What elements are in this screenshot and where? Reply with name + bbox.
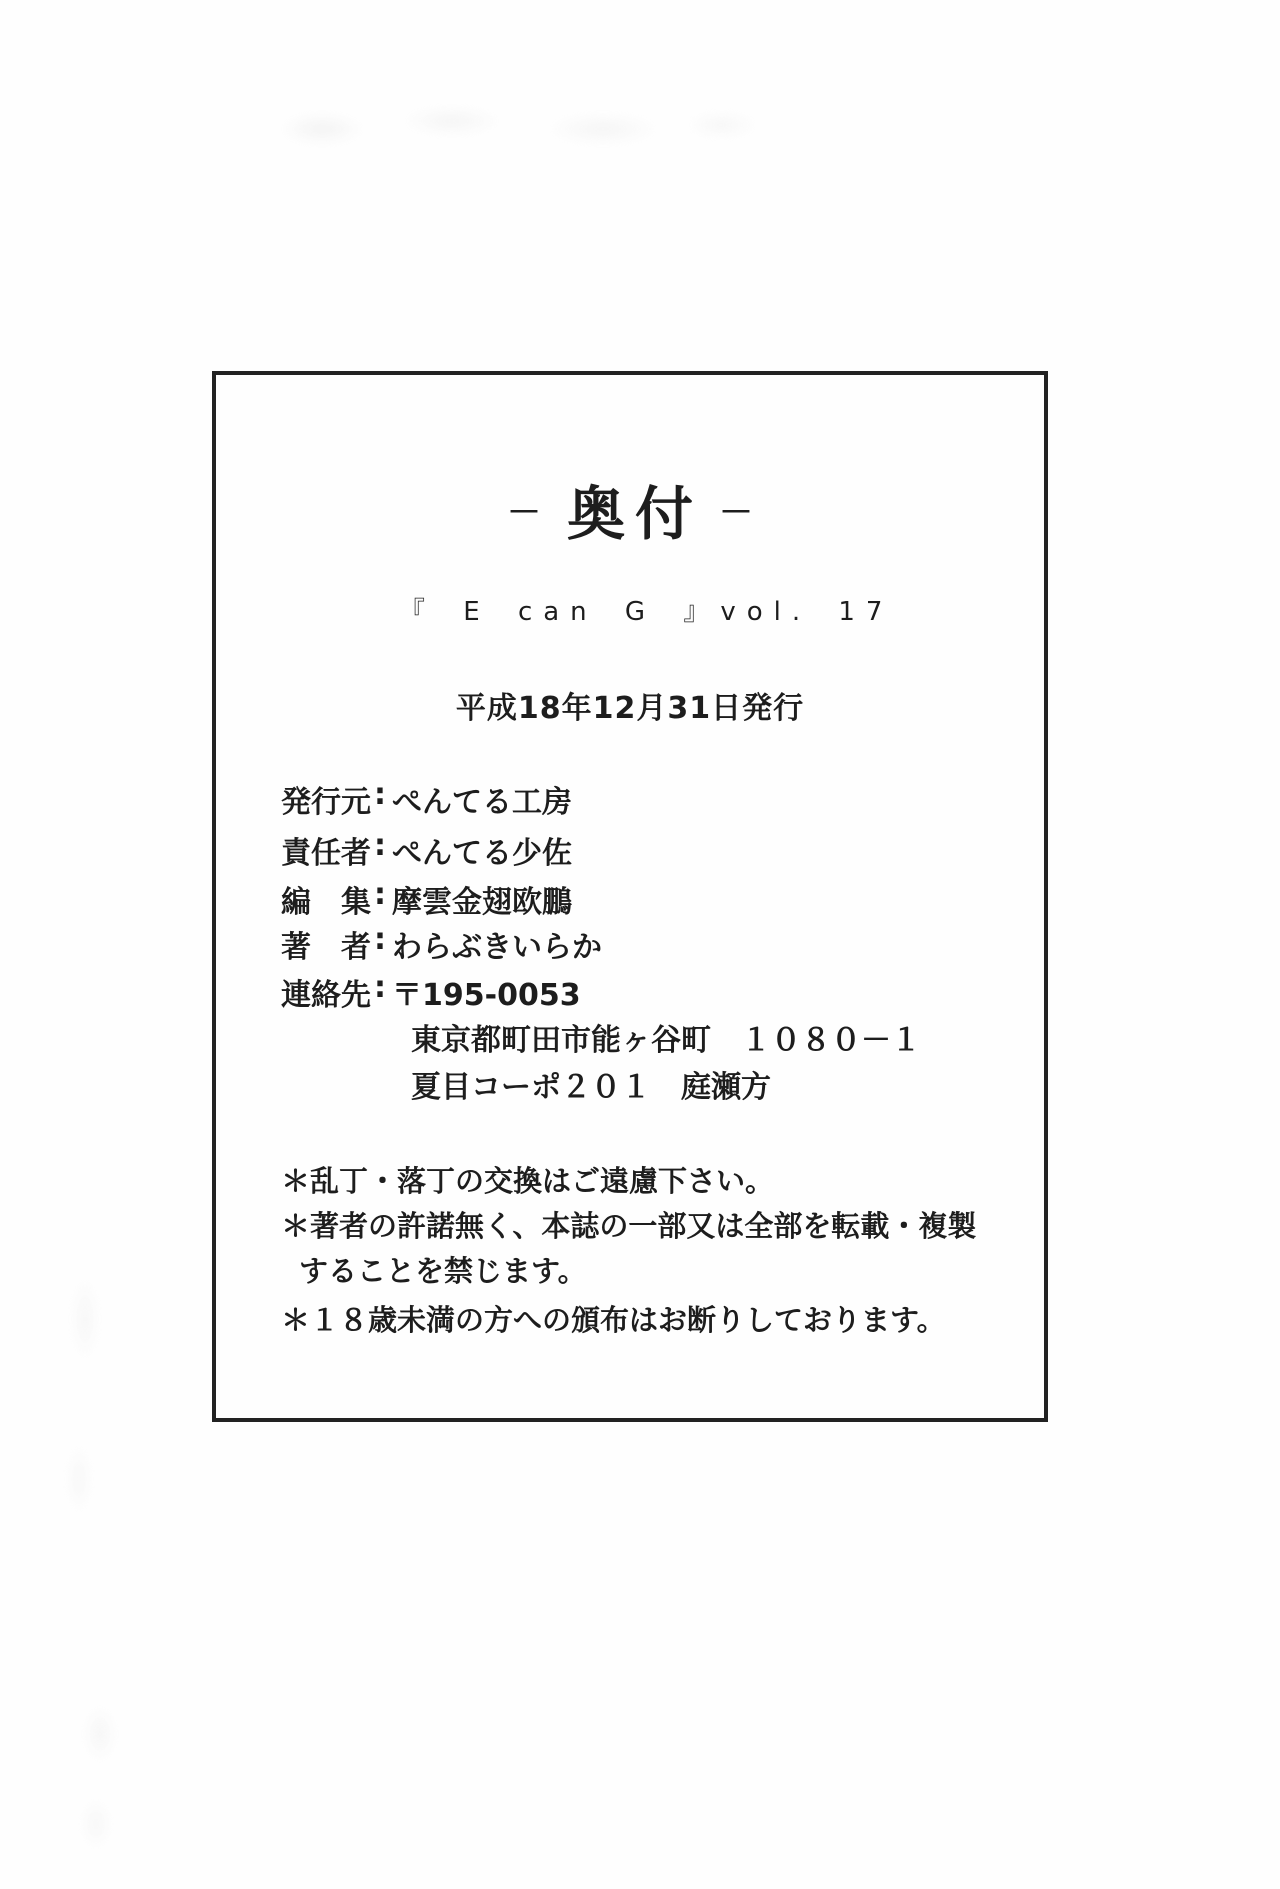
field-value: ぺんてる少佐 (392, 828, 572, 872)
note-age-restriction: ＊１８歳未満の方への頒布はお断りしております。 (281, 1298, 946, 1339)
field-separator: : (374, 970, 386, 1005)
field-label: 連絡先 (281, 970, 371, 1014)
field-value: 摩雲金翅欧鵬 (392, 877, 572, 921)
field-row-responsible: 責任者 : ぺんてる少佐 (216, 828, 1044, 862)
field-label: 著 者 (281, 922, 371, 966)
field-separator: : (374, 777, 386, 812)
colophon-box: －奥付－ 『 E can G 』vol. 17 平成18年12月31日発行 発行… (212, 371, 1048, 1422)
field-label: 発行元 (281, 777, 371, 821)
scanned-colophon-page: －奥付－ 『 E can G 』vol. 17 平成18年12月31日発行 発行… (0, 0, 1280, 1889)
scan-smudge-artifact (55, 1255, 115, 1575)
field-row-author: 著 者 : わらぶきいらか (216, 922, 1044, 956)
contact-address-line-2: 夏目コーポ２０１ 庭瀬方 (411, 1062, 771, 1106)
field-value-postal-code: 〒195-0053 (392, 970, 581, 1014)
field-value: ぺんてる工房 (392, 777, 572, 821)
page-title-text: 奥付 (567, 480, 703, 548)
field-label: 責任者 (281, 828, 371, 872)
field-separator: : (374, 922, 386, 957)
field-separator: : (374, 877, 386, 912)
note-copyright-line-1: ＊著者の許諾無く、本誌の一部又は全部を転載・複製 (281, 1204, 976, 1245)
scan-showthrough-artifact (225, 85, 765, 165)
field-value: わらぶきいらか (392, 922, 602, 966)
field-label: 編 集 (281, 877, 371, 921)
field-row-editor: 編 集 : 摩雲金翅欧鵬 (216, 877, 1044, 911)
title-dash-left: － (507, 485, 541, 534)
publication-title-volume: 『 E can G 』vol. 17 (399, 591, 893, 628)
field-row-contact: 連絡先 : 〒195-0053 (216, 970, 1044, 1004)
contact-address-line-1: 東京都町田市能ヶ谷町 １０８０－１ (411, 1015, 921, 1059)
page-title: －奥付－ (216, 467, 1044, 551)
note-copyright-line-2: することを禁じます。 (299, 1249, 587, 1290)
title-dash-right: － (719, 485, 753, 534)
field-separator: : (374, 828, 386, 863)
field-row-publisher: 発行元 : ぺんてる工房 (216, 777, 1044, 811)
publication-date: 平成18年12月31日発行 (216, 683, 1044, 727)
note-returns-policy: ＊乱丁・落丁の交換はご遠慮下さい。 (281, 1159, 774, 1200)
scan-smudge-artifact (60, 1680, 140, 1860)
